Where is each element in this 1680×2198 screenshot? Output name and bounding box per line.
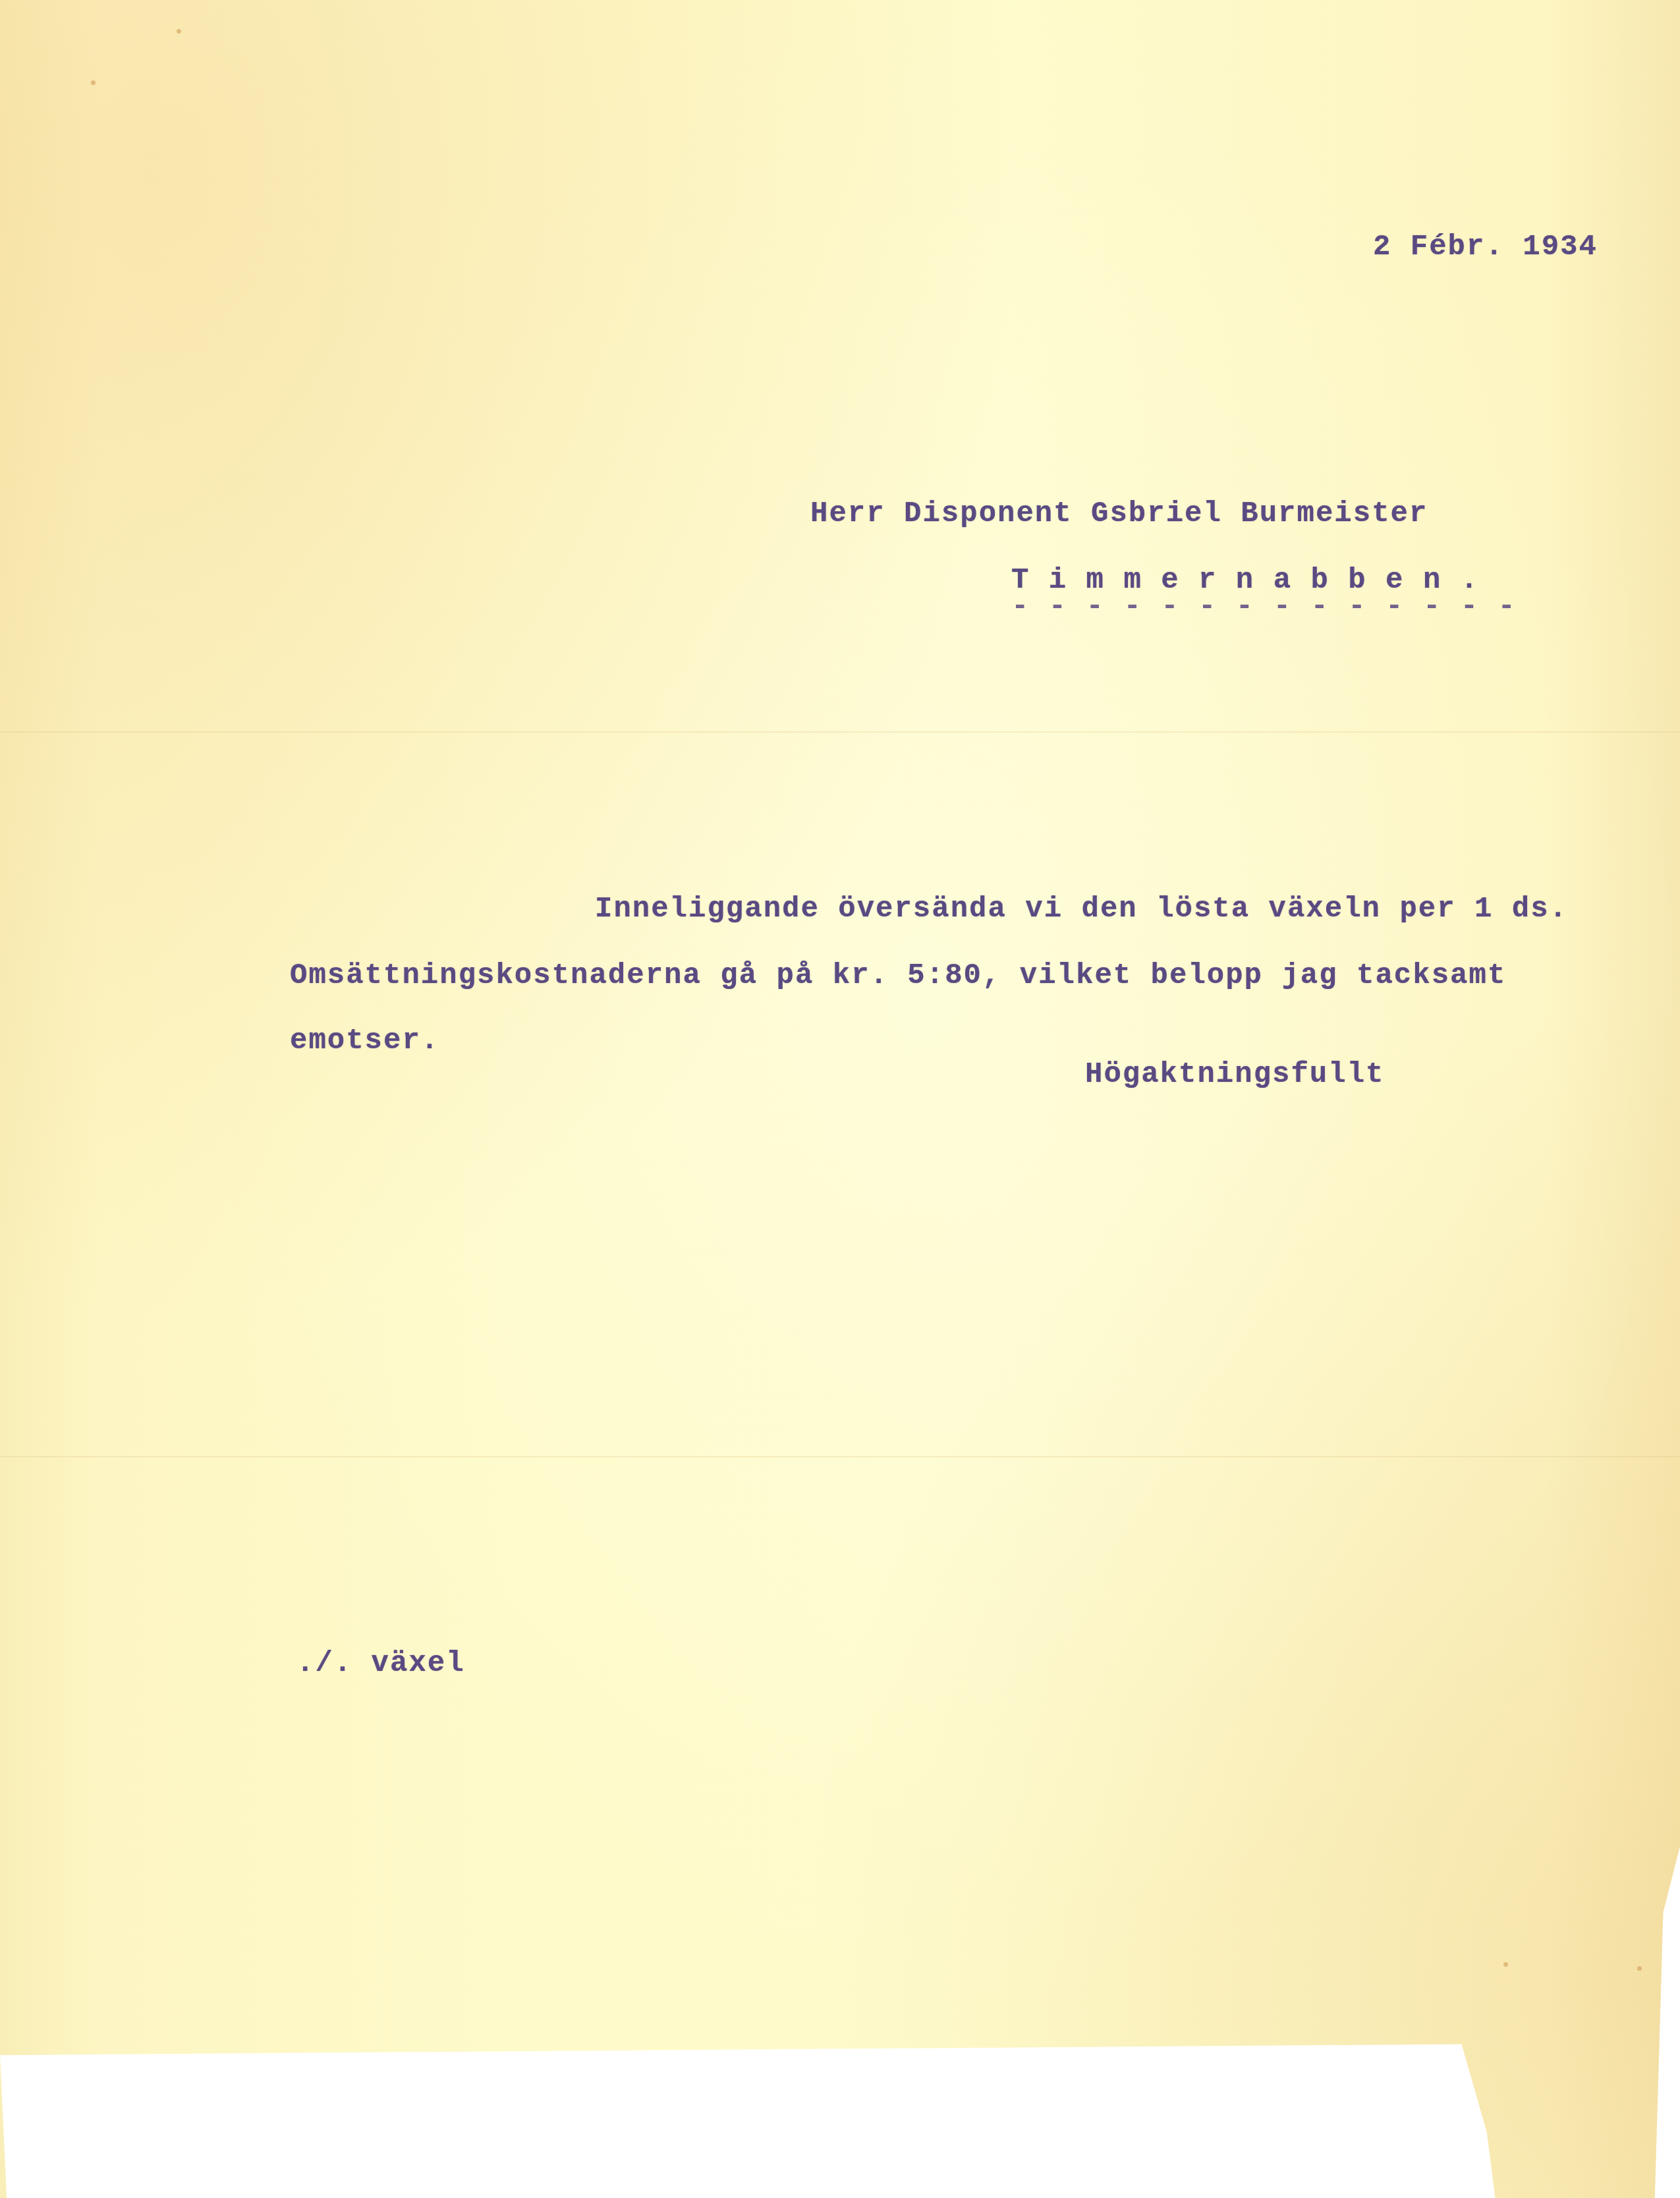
recipient-name: Herr Disponent Gsbriel Burmeister bbox=[810, 497, 1428, 530]
letter-date: 2 Fébr. 1934 bbox=[1373, 231, 1598, 264]
paper-fold bbox=[0, 1456, 1680, 1457]
paper-stain bbox=[177, 29, 181, 34]
paper-stain bbox=[91, 80, 96, 85]
closing-salutation: Högaktningsfullt bbox=[1085, 1058, 1384, 1091]
body-line-1: Inneliggande översända vi den lösta växe… bbox=[595, 893, 1568, 926]
body-line-2: Omsättningskostnaderna gå på kr. 5:80, v… bbox=[290, 959, 1506, 992]
recipient-underline: - - - - - - - - - - - - - - bbox=[1011, 590, 1517, 623]
paper-fold bbox=[0, 731, 1680, 733]
body-line-3: emotser. bbox=[290, 1025, 439, 1057]
paper-stain bbox=[1503, 1962, 1508, 1967]
paper-stain bbox=[1637, 1966, 1642, 1971]
enclosure-note: ./. växel bbox=[296, 1647, 465, 1680]
letter-paper bbox=[0, 0, 1680, 2198]
